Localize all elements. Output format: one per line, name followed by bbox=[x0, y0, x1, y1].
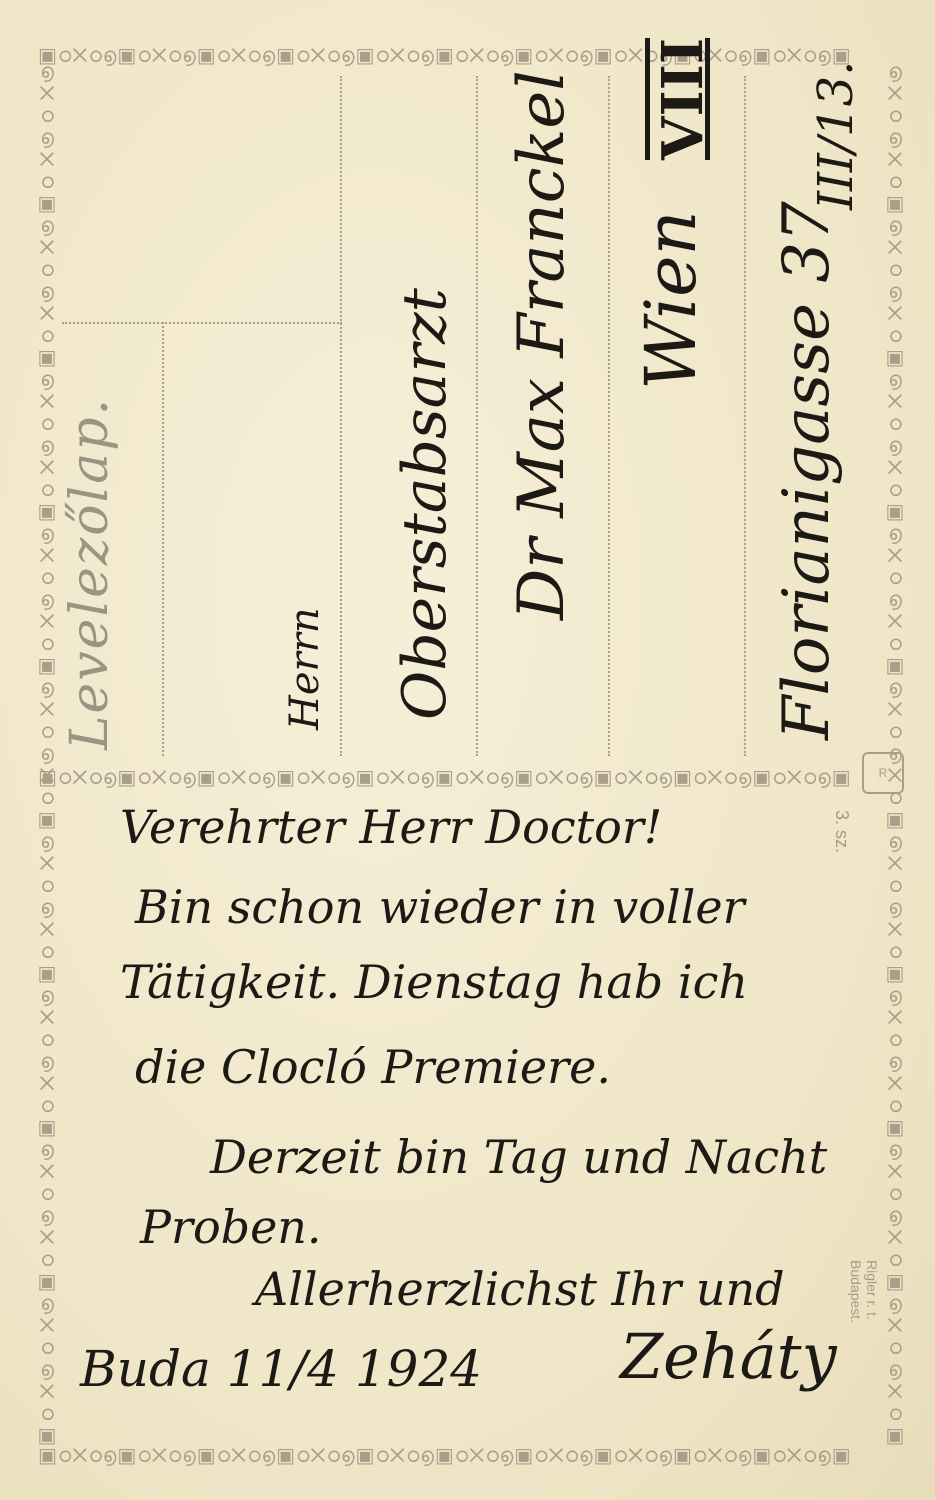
printer-credit: Rigler r. t. Budapest. bbox=[848, 1260, 880, 1323]
message-line: Verehrter Herr Doctor! bbox=[120, 800, 662, 854]
message-signature: Zeháty bbox=[620, 1320, 837, 1393]
address-name-line: Dr Max Franckel bbox=[505, 70, 579, 620]
address-city: Wien bbox=[630, 210, 712, 390]
address-line-4 bbox=[744, 76, 746, 756]
printed-title: Levelezőlap. bbox=[60, 330, 140, 750]
ornamental-border-bottom: ▣ഠ✕ഠ൭▣ഠ✕ഠ൭▣ഠ✕ഠ൭▣ഠ✕ഠ൭▣ഠ✕ഠ൭▣ഠ✕ഠ൭▣ഠ✕ഠ൭▣ഠ✕ഠ൭… bbox=[38, 1444, 908, 1466]
series-mark: 3. sz. bbox=[831, 810, 852, 853]
address-street: Florianigasse 37 bbox=[770, 201, 844, 740]
address-title-line: Oberstabsarzt bbox=[390, 288, 460, 720]
message-line: Proben. bbox=[140, 1200, 322, 1254]
postcard: ▣ഠ✕ഠ൭▣ഠ✕ഠ൭▣ഠ✕ഠ൭▣ഠ✕ഠ൭▣ഠ✕ഠ൭▣ഠ✕ഠ൭▣ഠ✕ഠ൭▣ഠ✕ഠ൭… bbox=[0, 0, 935, 1500]
message-place-date: Buda 11/4 1924 bbox=[80, 1340, 482, 1398]
address-salutation: Herrn bbox=[282, 607, 328, 730]
message-line: Derzeit bin Tag und Nacht bbox=[210, 1130, 827, 1184]
stamp-area-right-line bbox=[340, 76, 342, 756]
address-door: III/13. bbox=[808, 61, 864, 210]
printer-logo-icon: R bbox=[862, 752, 904, 794]
stamp-area-bottom-line bbox=[62, 322, 342, 324]
message-line: die Clocló Premiere. bbox=[135, 1040, 611, 1094]
message-line: Bin schon wieder in voller bbox=[135, 880, 745, 934]
message-line: Tätigkeit. Dienstag hab ich bbox=[120, 955, 748, 1009]
ornamental-border-top: ▣ഠ✕ഠ൭▣ഠ✕ഠ൭▣ഠ✕ഠ൭▣ഠ✕ഠ൭▣ഠ✕ഠ൭▣ഠ✕ഠ൭▣ഠ✕ഠ൭▣ഠ✕ഠ൭… bbox=[38, 44, 908, 66]
ornamental-border-left: ൭✕ഠ൭✕ഠ▣൭✕ഠ൭✕ഠ▣൭✕ഠ൭✕ഠ▣൭✕ഠ൭✕ഠ▣൭✕ഠ൭✕ഠ▣൭✕ഠ൭✕… bbox=[36, 60, 58, 1450]
message-greeting: Allerherzlichst Ihr und bbox=[255, 1262, 785, 1316]
address-line-2 bbox=[476, 76, 478, 756]
ornamental-border-divider: ▣ഠ✕ഠ൭▣ഠ✕ഠ൭▣ഠ✕ഠ൭▣ഠ✕ഠ൭▣ഠ✕ഠ൭▣ഠ✕ഠ൭▣ഠ✕ഠ൭▣ഠ✕ഠ൭… bbox=[38, 766, 908, 788]
address-line-3 bbox=[608, 76, 610, 756]
address-line-1 bbox=[162, 322, 164, 756]
address-district: VIII bbox=[650, 38, 716, 160]
